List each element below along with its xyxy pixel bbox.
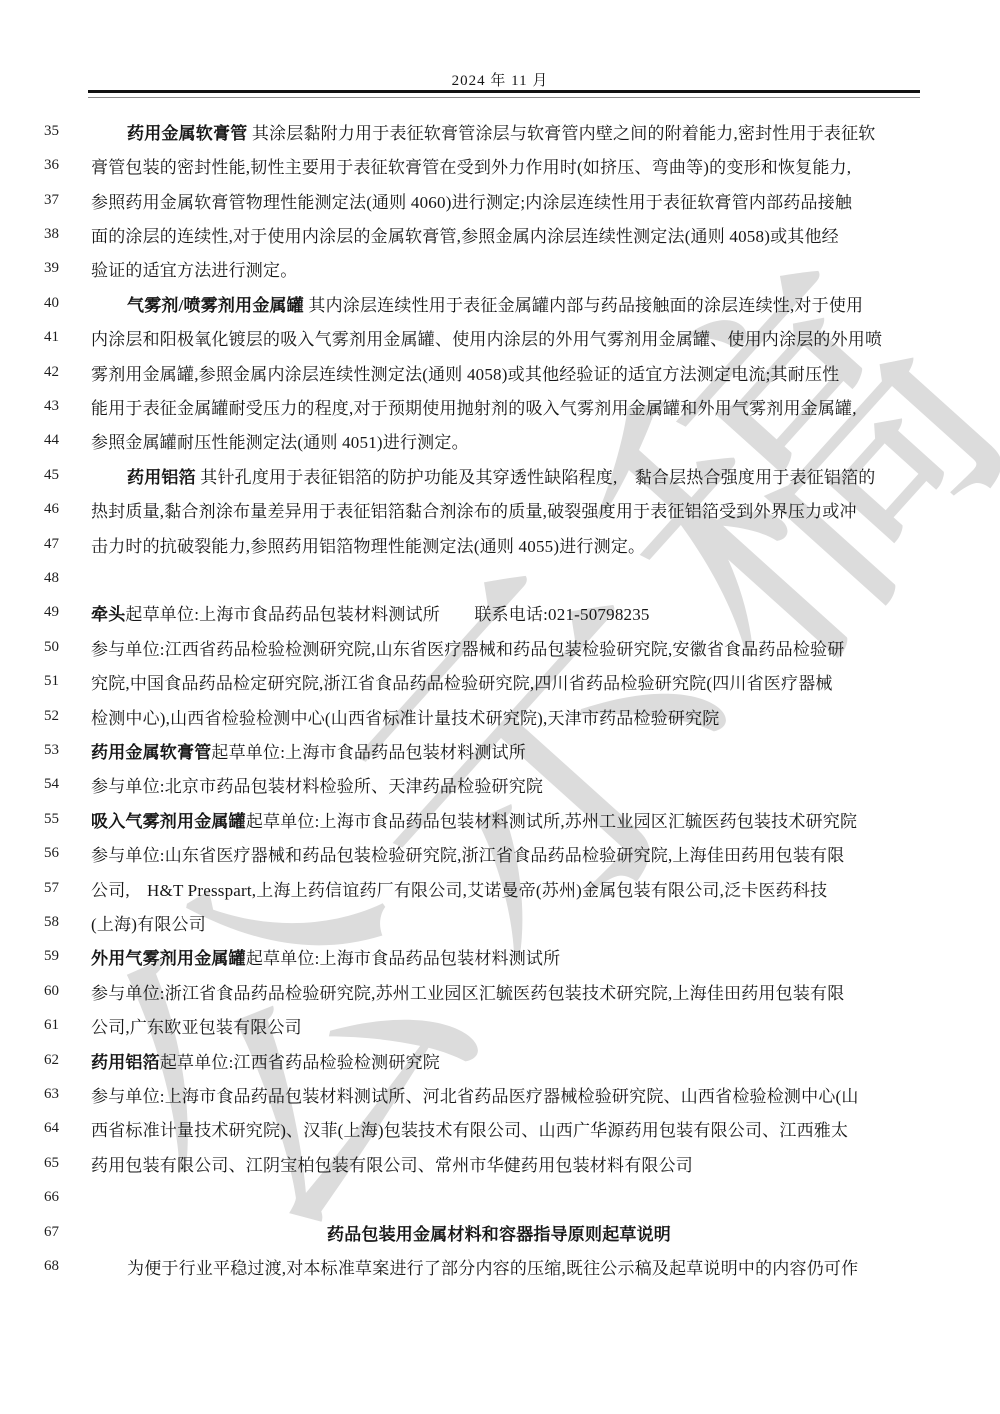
line-number: 51 xyxy=(44,673,74,690)
line-number: 57 xyxy=(44,880,74,897)
doc-line: 61 公司,广东欧亚包装有限公司 xyxy=(44,1009,924,1043)
doc-line: 67 药品包装用金属材料和容器指导原则起草说明 xyxy=(44,1215,924,1249)
line-number: 64 xyxy=(44,1120,74,1137)
doc-line: 51 究院,中国食品药品检定研究院,浙江省食品药品检验研究院,四川省药品检验研究… xyxy=(44,665,924,699)
line-number: 48 xyxy=(44,570,74,587)
doc-line: 64 西省标准计量技术研究院)、汉菲(上海)包装技术有限公司、山西广华源药用包装… xyxy=(44,1112,924,1146)
line-text: 药用金属软膏管起草单位:上海市食品药品包装材料测试所 xyxy=(91,738,924,763)
line-number: 56 xyxy=(44,845,74,862)
doc-line: 37 参照药用金属软膏管物理性能测定法(通则 4060)进行测定;内涂层连续性用… xyxy=(44,183,924,217)
line-number: 61 xyxy=(44,1017,74,1034)
line-number: 65 xyxy=(44,1155,74,1172)
line-number: 38 xyxy=(44,226,74,243)
doc-line: 36 膏管包装的密封性能,韧性主要用于表征软膏管在受到外力作用时(如挤压、弯曲等… xyxy=(44,148,924,182)
line-number: 59 xyxy=(44,948,74,965)
doc-line: 58 (上海)有限公司 xyxy=(44,905,924,939)
doc-line: 43 能用于表征金属罐耐受压力的程度,对于预期使用抛射剂的吸入气雾剂用金属罐和外… xyxy=(44,389,924,423)
doc-line: 35 药用金属软膏管 其涂层黏附力用于表征软膏管涂层与软膏管内壁之间的附着能力,… xyxy=(44,114,924,148)
line-number: 35 xyxy=(44,123,74,140)
doc-line: 53 药用金属软膏管起草单位:上海市食品药品包装材料测试所 xyxy=(44,733,924,767)
doc-line: 65 药用包装有限公司、江阴宝柏包装有限公司、常州市华健药用包装材料有限公司 xyxy=(44,1146,924,1180)
line-text: 究院,中国食品药品检定研究院,浙江省食品药品检验研究院,四川省药品检验研究院(四… xyxy=(91,669,924,694)
line-number: 54 xyxy=(44,776,74,793)
line-number: 40 xyxy=(44,295,74,312)
doc-line: 40 气雾剂/喷雾剂用金属罐 其内涂层连续性用于表征金属罐内部与药品接触面的涂层… xyxy=(44,286,924,320)
document-lines: 35 药用金属软膏管 其涂层黏附力用于表征软膏管涂层与软膏管内壁之间的附着能力,… xyxy=(44,114,924,1284)
doc-line: 63 参与单位:上海市食品药品包装材料测试所、河北省药品医疗器械检验研究院、山西… xyxy=(44,1077,924,1111)
header-rule-thin xyxy=(88,97,920,98)
line-text: (上海)有限公司 xyxy=(91,910,924,935)
doc-line: 42 雾剂用金属罐,参照金属内涂层连续性测定法(通则 4058)或其他经验证的适… xyxy=(44,355,924,389)
document-page: 公示稿 2024 年 11 月 35 药用金属软膏管 其涂层黏附力用于表征软膏管… xyxy=(0,0,1000,1414)
line-text: 气雾剂/喷雾剂用金属罐 其内涂层连续性用于表征金属罐内部与药品接触面的涂层连续性… xyxy=(91,291,924,316)
line-number: 47 xyxy=(44,536,74,553)
line-number: 62 xyxy=(44,1052,74,1069)
page-header-date: 2024 年 11 月 xyxy=(0,69,1000,90)
line-number: 68 xyxy=(44,1258,74,1275)
line-text: 参与单位:北京市药品包装材料检验所、天津药品检验研究院 xyxy=(91,772,924,797)
doc-line: 55 吸入气雾剂用金属罐起草单位:上海市食品药品包装材料测试所,苏州工业园区汇毓… xyxy=(44,802,924,836)
doc-line: 49 牵头起草单位:上海市食品药品包装材料测试所 联系电话:021-507982… xyxy=(44,596,924,630)
line-number: 37 xyxy=(44,192,74,209)
doc-line: 38 面的涂层的连续性,对于使用内涂层的金属软膏管,参照金属内涂层连续性测定法(… xyxy=(44,217,924,251)
line-number: 36 xyxy=(44,157,74,174)
line-text: 药用铝箔起草单位:江西省药品检验检测研究院 xyxy=(91,1048,924,1073)
line-number: 50 xyxy=(44,639,74,656)
line-number: 63 xyxy=(44,1086,74,1103)
line-number: 60 xyxy=(44,983,74,1000)
line-text: 药品包装用金属材料和容器指导原则起草说明 xyxy=(91,1220,924,1245)
line-text: 膏管包装的密封性能,韧性主要用于表征软膏管在受到外力作用时(如挤压、弯曲等)的变… xyxy=(91,153,924,178)
doc-line: 62 药用铝箔起草单位:江西省药品检验检测研究院 xyxy=(44,1043,924,1077)
line-number: 49 xyxy=(44,604,74,621)
line-number: 52 xyxy=(44,708,74,725)
line-text: 药用包装有限公司、江阴宝柏包装有限公司、常州市华健药用包装材料有限公司 xyxy=(91,1151,924,1176)
line-number: 42 xyxy=(44,364,74,381)
line-text: 击力时的抗破裂能力,参照药用铝箔物理性能测定法(通则 4055)进行测定。 xyxy=(91,532,924,557)
line-number: 41 xyxy=(44,329,74,346)
doc-line: 39 验证的适宜方法进行测定。 xyxy=(44,252,924,286)
line-text: 检测中心),山西省检验检测中心(山西省标准计量技术研究院),天津市药品检验研究院 xyxy=(91,704,924,729)
doc-line: 46 热封质量,黏合剂涂布量差异用于表征铝箔黏合剂涂布的质量,破裂强度用于表征铝… xyxy=(44,492,924,526)
doc-line: 50 参与单位:江西省药品检验检测研究院,山东省医疗器械和药品包装检验研究院,安… xyxy=(44,630,924,664)
line-text: 验证的适宜方法进行测定。 xyxy=(91,256,924,281)
line-number: 45 xyxy=(44,467,74,484)
doc-line: 56 参与单位:山东省医疗器械和药品包装检验研究院,浙江省食品药品检验研究院,上… xyxy=(44,837,924,871)
line-text: 参与单位:浙江省食品药品检验研究院,苏州工业园区汇毓医药包装技术研究院,上海佳田… xyxy=(91,979,924,1004)
doc-line: 48 xyxy=(44,561,924,595)
line-text: 参照药用金属软膏管物理性能测定法(通则 4060)进行测定;内涂层连续性用于表征… xyxy=(91,188,924,213)
line-number: 44 xyxy=(44,432,74,449)
line-number: 66 xyxy=(44,1189,74,1206)
line-text: 雾剂用金属罐,参照金属内涂层连续性测定法(通则 4058)或其他经验证的适宜方法… xyxy=(91,360,924,385)
line-text: 参与单位:山东省医疗器械和药品包装检验研究院,浙江省食品药品检验研究院,上海佳田… xyxy=(91,841,924,866)
line-text: 参照金属罐耐压性能测定法(通则 4051)进行测定。 xyxy=(91,428,924,453)
line-text: 参与单位:上海市食品药品包装材料测试所、河北省药品医疗器械检验研究院、山西省检验… xyxy=(91,1082,924,1107)
doc-line: 66 xyxy=(44,1181,924,1215)
line-text: 参与单位:江西省药品检验检测研究院,山东省医疗器械和药品包装检验研究院,安徽省食… xyxy=(91,635,924,660)
line-text: 公司,广东欧亚包装有限公司 xyxy=(91,1013,924,1038)
line-text: 药用金属软膏管 其涂层黏附力用于表征软膏管涂层与软膏管内壁之间的附着能力,密封性… xyxy=(91,119,924,144)
doc-line: 47 击力时的抗破裂能力,参照药用铝箔物理性能测定法(通则 4055)进行测定。 xyxy=(44,527,924,561)
doc-line: 60 参与单位:浙江省食品药品检验研究院,苏州工业园区汇毓医药包装技术研究院,上… xyxy=(44,974,924,1008)
line-number: 55 xyxy=(44,811,74,828)
doc-line: 45 药用铝箔 其针孔度用于表征铝箔的防护功能及其穿透性缺陷程度, 黏合层热合强… xyxy=(44,458,924,492)
line-text: 能用于表征金属罐耐受压力的程度,对于预期使用抛射剂的吸入气雾剂用金属罐和外用气雾… xyxy=(91,394,924,419)
line-number: 39 xyxy=(44,260,74,277)
doc-line: 57 公司, H&T Presspart,上海上药信谊药厂有限公司,艾诺曼帝(苏… xyxy=(44,871,924,905)
line-text: 外用气雾剂用金属罐起草单位:上海市食品药品包装材料测试所 xyxy=(91,944,924,969)
doc-line: 54 参与单位:北京市药品包装材料检验所、天津药品检验研究院 xyxy=(44,768,924,802)
header-rule-thick xyxy=(88,90,920,93)
doc-line: 44 参照金属罐耐压性能测定法(通则 4051)进行测定。 xyxy=(44,424,924,458)
line-number: 58 xyxy=(44,914,74,931)
doc-line: 52 检测中心),山西省检验检测中心(山西省标准计量技术研究院),天津市药品检验… xyxy=(44,699,924,733)
line-number: 53 xyxy=(44,742,74,759)
line-text: 药用铝箔 其针孔度用于表征铝箔的防护功能及其穿透性缺陷程度, 黏合层热合强度用于… xyxy=(91,463,924,488)
line-text: 西省标准计量技术研究院)、汉菲(上海)包装技术有限公司、山西广华源药用包装有限公… xyxy=(91,1116,924,1141)
line-number: 46 xyxy=(44,501,74,518)
line-number: 43 xyxy=(44,398,74,415)
doc-line: 68 为便于行业平稳过渡,对本标准草案进行了部分内容的压缩,既往公示稿及起草说明… xyxy=(44,1249,924,1283)
line-text: 为便于行业平稳过渡,对本标准草案进行了部分内容的压缩,既往公示稿及起草说明中的内… xyxy=(91,1254,924,1279)
doc-line: 41 内涂层和阳极氧化镀层的吸入气雾剂用金属罐、使用内涂层的外用气雾剂用金属罐、… xyxy=(44,320,924,354)
line-text: 公司, H&T Presspart,上海上药信谊药厂有限公司,艾诺曼帝(苏州)金… xyxy=(91,876,924,901)
line-text: 热封质量,黏合剂涂布量差异用于表征铝箔黏合剂涂布的质量,破裂强度用于表征铝箔受到… xyxy=(91,497,924,522)
line-text: 牵头起草单位:上海市食品药品包装材料测试所 联系电话:021-50798235 xyxy=(91,600,924,625)
line-text: 吸入气雾剂用金属罐起草单位:上海市食品药品包装材料测试所,苏州工业园区汇毓医药包… xyxy=(91,807,924,832)
line-text: 内涂层和阳极氧化镀层的吸入气雾剂用金属罐、使用内涂层的外用气雾剂用金属罐、使用内… xyxy=(91,325,924,350)
line-number: 67 xyxy=(44,1224,74,1241)
doc-line: 59 外用气雾剂用金属罐起草单位:上海市食品药品包装材料测试所 xyxy=(44,940,924,974)
line-text: 面的涂层的连续性,对于使用内涂层的金属软膏管,参照金属内涂层连续性测定法(通则 … xyxy=(91,222,924,247)
